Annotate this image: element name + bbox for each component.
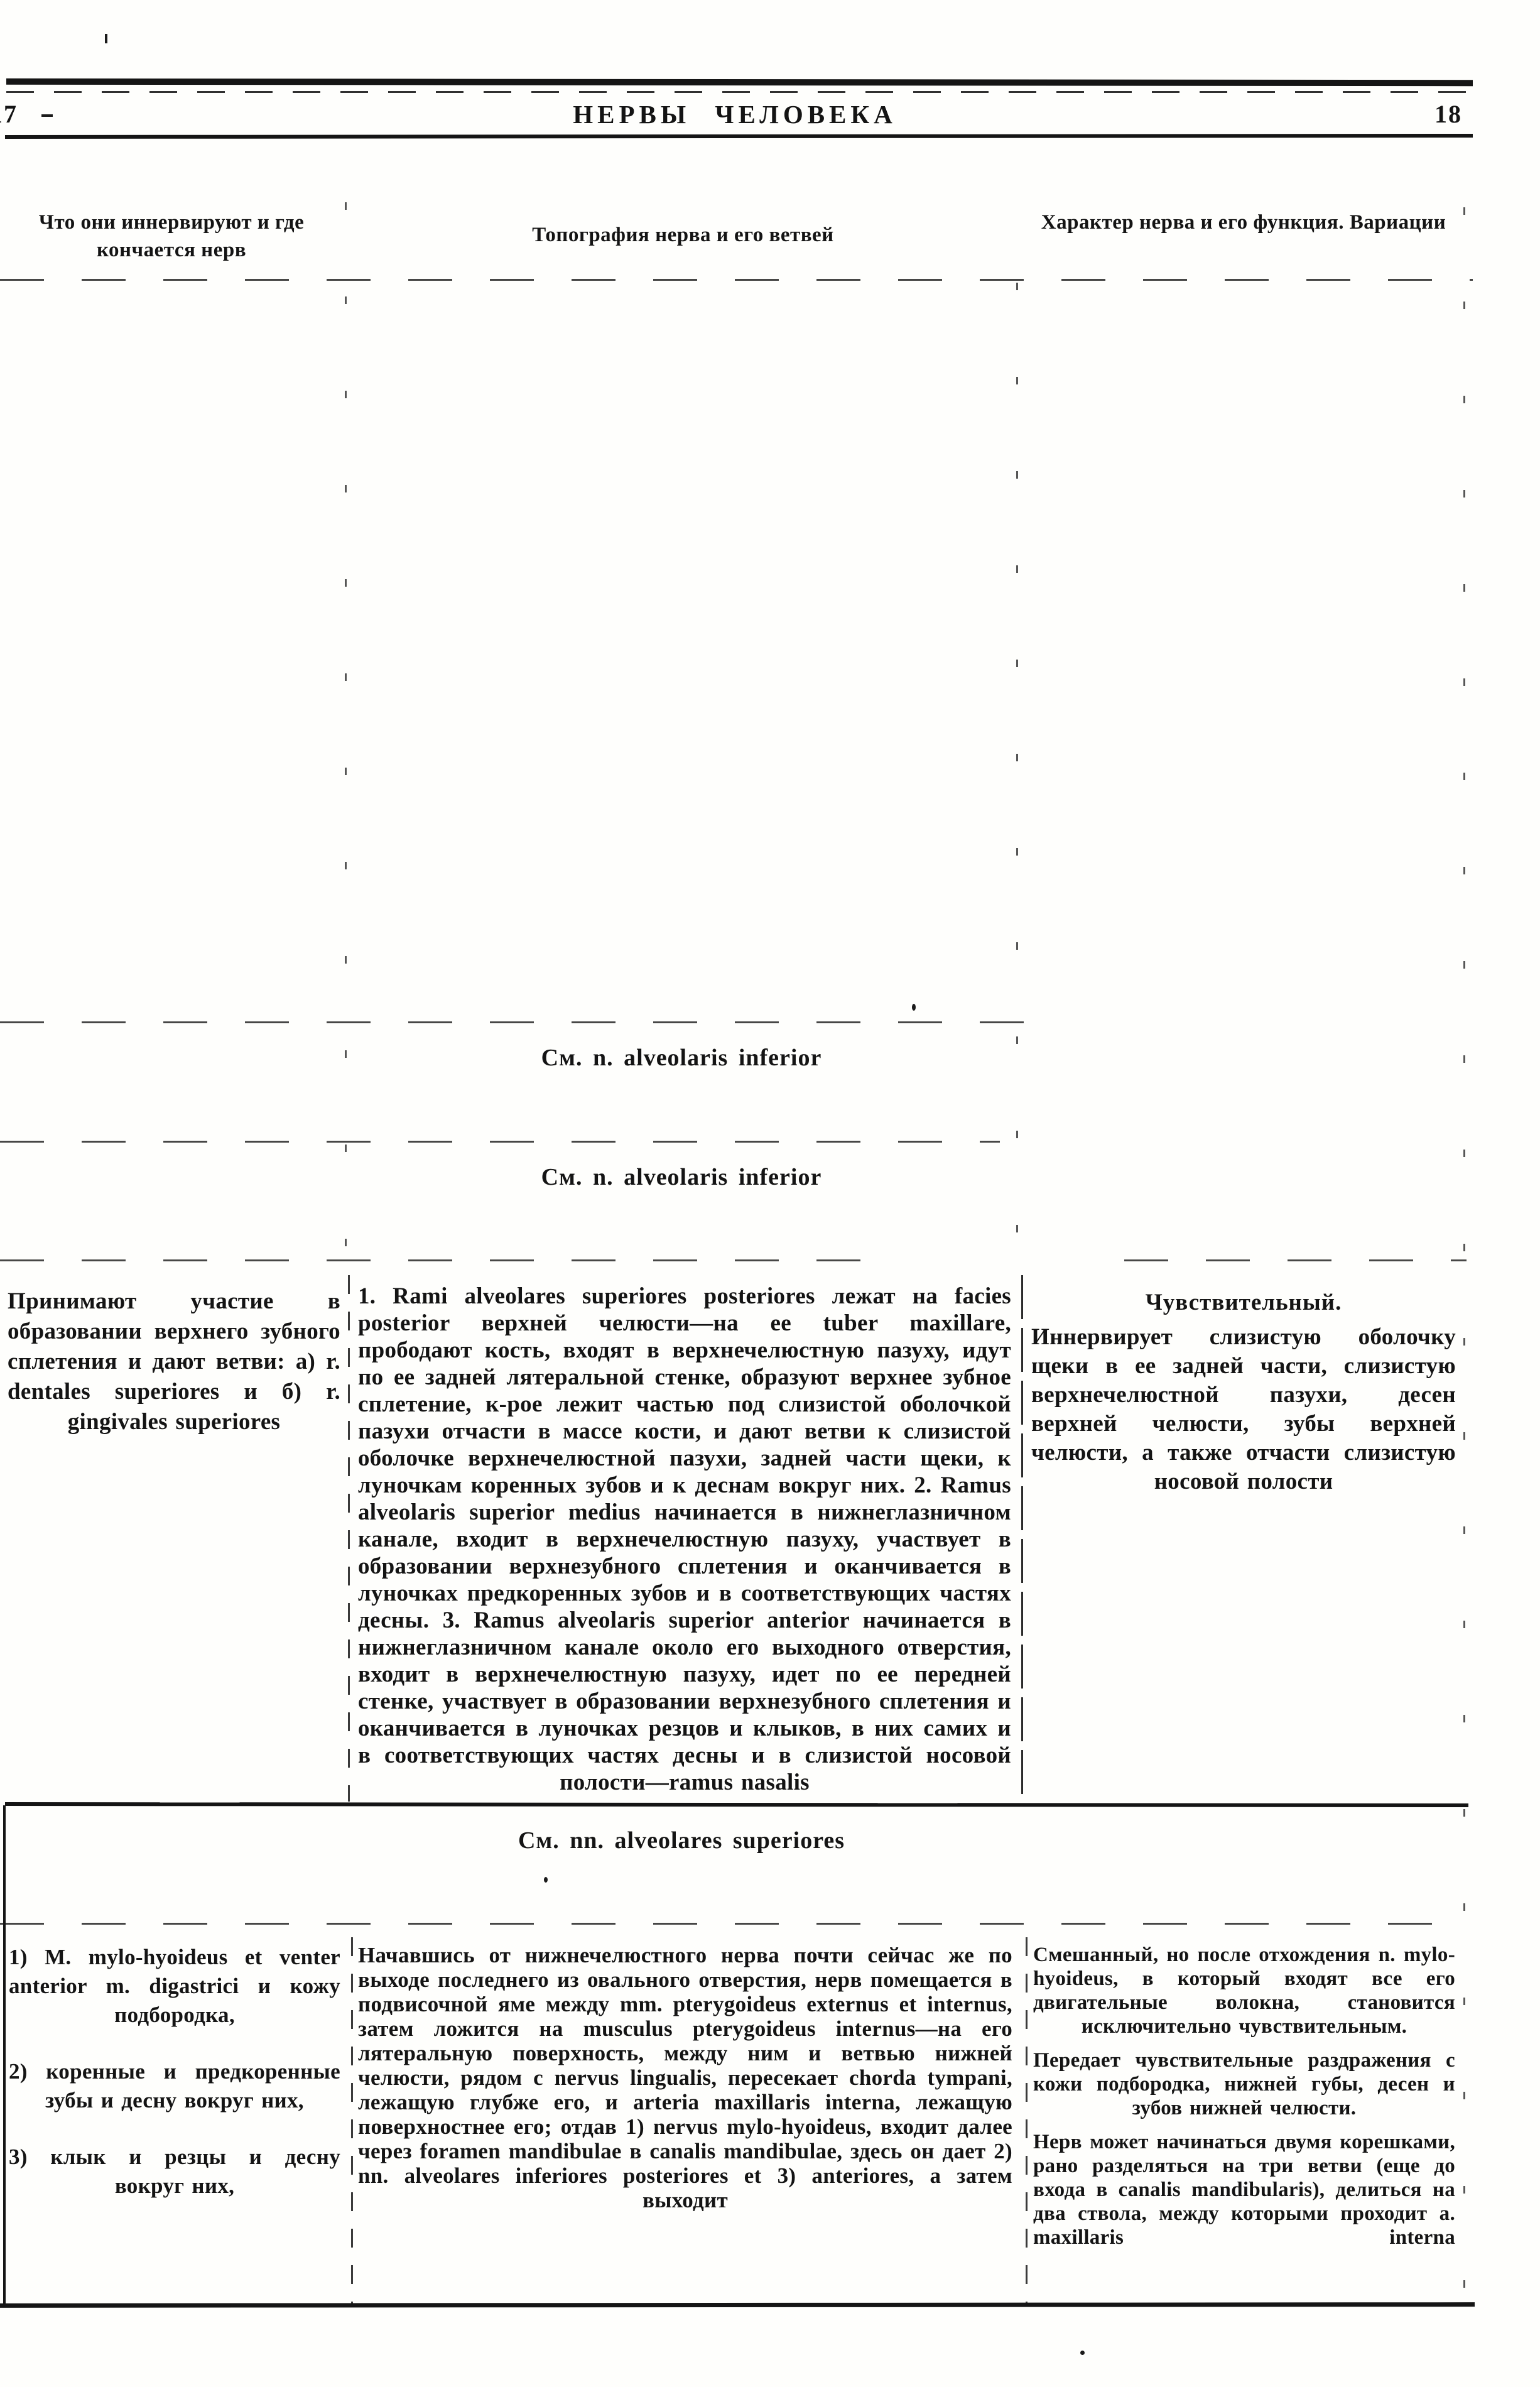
column-divider-left [348,1275,350,1802]
see-reference-row: См. n. alveolaris inferior [352,1044,1011,1072]
header-bottom-rule [5,134,1473,139]
column-divider-left [351,1937,353,2304]
scan-speck [41,114,53,117]
nerve-character-heading: Чувствительный. [1035,1289,1452,1316]
table-right-edge [1463,207,1465,2304]
column-header-character: Характер нерва и его функция. Вариации [1036,209,1451,236]
table-bottom-rule [0,2302,1475,2308]
table-cell-topography: Начавшись от нижнечелюстного нерва почти… [358,1943,1012,2212]
running-title: НЕРВЫ ЧЕЛОВЕКА [553,99,917,129]
page-left-edge-line [3,1805,6,2304]
table-cell-innervation: 1) M. mylo-hyoideus et venter anterior m… [9,1943,340,2200]
scan-speck [1080,2351,1085,2355]
column-divider-right [1021,1275,1023,1802]
row-divider-solid [5,1802,1468,1807]
column-divider-right [1026,1937,1028,2304]
column-divider-left [345,202,347,1258]
row-divider [0,1141,1000,1143]
scan-speck [912,1004,916,1011]
column-header-innervation: Что они иннервируют и где кончается нерв [8,209,335,264]
table-cell-innervation: Принимают участие в образовании верхнего… [8,1286,340,1437]
row-divider [0,1259,898,1261]
page-number-right: 18 [1434,99,1462,129]
top-rule-thin [6,91,1473,93]
row-divider [1124,1259,1467,1261]
table-cell-character: Смешанный, но после отхождения n. mylo-h… [1033,1943,1455,2249]
column-header-rule [0,279,1473,281]
innervation-item: 1) M. mylo-hyoideus et venter anterior m… [9,1943,340,2030]
character-paragraph: Передает чувствительные раздражения с ко… [1033,2048,1455,2120]
scan-speck [544,1877,548,1883]
top-rule-thick [6,79,1473,86]
character-paragraph: Смешанный, но после отхождения n. mylo-h… [1033,1943,1455,2038]
row-divider [0,1923,1467,1925]
see-reference-row: См. n. alveolaris inferior [352,1163,1011,1191]
table-cell-character: Иннервирует слизистую оболочку щеки в ее… [1031,1323,1456,1496]
table-cell-topography: 1. Rami alveolares superiores posteriore… [358,1283,1011,1796]
see-reference-row: См. nn. alveolares superiores [352,1827,1011,1854]
character-paragraph: Нерв может начинаться двумя корешками, р… [1033,2130,1455,2249]
innervation-item: 2) коренные и предкоренные зубы и десну … [9,2057,340,2115]
column-divider-right [1016,283,1018,1258]
innervation-item: 3) клык и резцы и десну вокруг них, [9,2143,340,2200]
scanned-book-page: 17 НЕРВЫ ЧЕЛОВЕКА 18 Что они иннервируют… [0,0,1540,2387]
row-divider [0,1021,1029,1023]
scan-speck [105,34,107,43]
column-header-topography: Топография нерва и его ветвей [355,221,1011,249]
page-number-left: 17 [0,99,18,129]
